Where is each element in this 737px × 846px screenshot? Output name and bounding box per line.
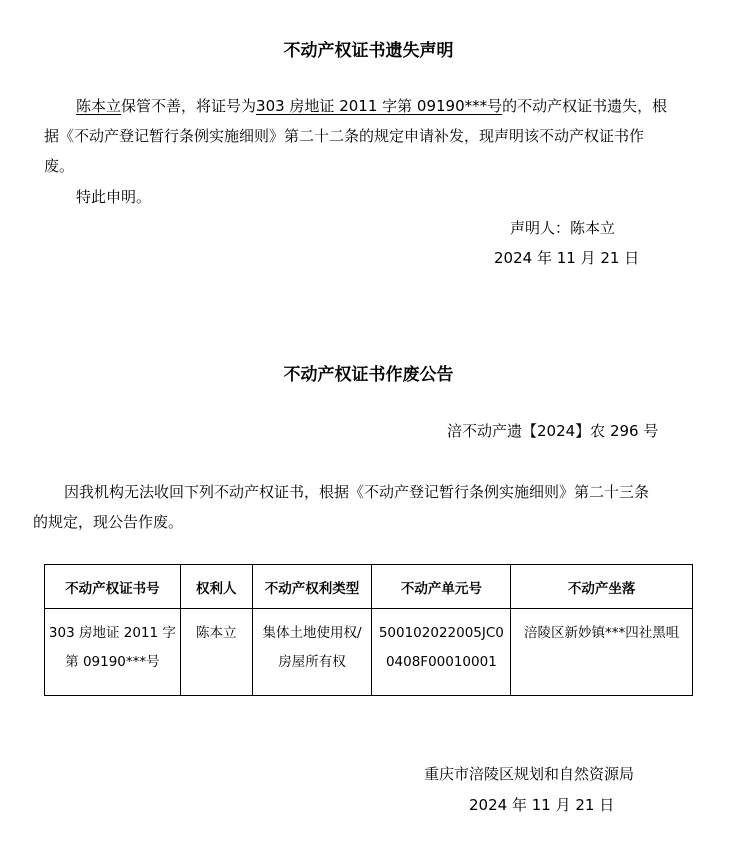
notice-document-number: 涪不动产遗【2024】农 296 号 xyxy=(447,416,658,446)
void-certificate-table: 不动产权证书号 权利人 不动产权利类型 不动产单元号 不动产坐落 303 房地证… xyxy=(44,564,693,696)
void-notice-body-line2: 的规定，现公告作废。 xyxy=(33,507,183,537)
cell-location: 涪陵区新妙镇***四社黑咀 xyxy=(511,609,693,696)
loss-statement-closing: 特此申明。 xyxy=(76,182,151,212)
declarant: 声明人：陈本立 xyxy=(510,213,615,243)
table-header-row: 不动产权证书号 权利人 不动产权利类型 不动产单元号 不动产坐落 xyxy=(45,565,693,609)
type-line1: 集体土地使用权/ xyxy=(254,619,371,648)
cert-no-line1: 303 房地证 2011 字 xyxy=(46,619,179,648)
cell-cert-no: 303 房地证 2011 字 第 09190***号 xyxy=(45,609,181,696)
owner-name: 陈本立 xyxy=(76,97,121,115)
cert-no-line2: 第 09190***号 xyxy=(46,648,179,677)
cell-right-type: 集体土地使用权/ 房屋所有权 xyxy=(252,609,372,696)
loss-statement-date: 2024 年 11 月 21 日 xyxy=(494,243,639,273)
loss-statement-body-line2: 据《不动产登记暂行条例实施细则》第二十二条的规定申请补发，现声明该不动产权证书作 xyxy=(44,121,644,151)
header-unit-no: 不动产单元号 xyxy=(372,565,511,609)
header-cert-no: 不动产权证书号 xyxy=(45,565,181,609)
loss-statement-body-line3: 废。 xyxy=(44,151,74,181)
header-location: 不动产坐落 xyxy=(511,565,693,609)
unit-line1: 500102022005JC0 xyxy=(373,619,509,648)
cell-owner: 陈本立 xyxy=(180,609,252,696)
void-notice-body-line1: 因我机构无法收回下列不动产权证书，根据《不动产登记暂行条例实施细则》第二十三条 xyxy=(64,477,649,507)
issuer: 重庆市涪陵区规划和自然资源局 xyxy=(424,759,634,789)
void-notice-date: 2024 年 11 月 21 日 xyxy=(469,790,614,820)
certificate-number: 303 房地证 2011 字第 09190***号 xyxy=(256,97,502,115)
loss-statement-title: 不动产权证书遗失声明 xyxy=(0,36,737,61)
void-notice-title: 不动产权证书作废公告 xyxy=(0,360,737,385)
loss-statement-body: 陈本立保管不善，将证号为303 房地证 2011 字第 09190***号的不动… xyxy=(76,91,667,121)
table-row: 303 房地证 2011 字 第 09190***号 陈本立 集体土地使用权/ … xyxy=(45,609,693,696)
body-text-2: 的不动产权证书遗失，根 xyxy=(502,97,667,115)
type-line2: 房屋所有权 xyxy=(254,648,371,677)
header-owner: 权利人 xyxy=(180,565,252,609)
header-right-type: 不动产权利类型 xyxy=(252,565,372,609)
body-text-1: 保管不善，将证号为 xyxy=(121,97,256,115)
cell-unit-no: 500102022005JC0 0408F00010001 xyxy=(372,609,511,696)
unit-line2: 0408F00010001 xyxy=(373,648,509,677)
